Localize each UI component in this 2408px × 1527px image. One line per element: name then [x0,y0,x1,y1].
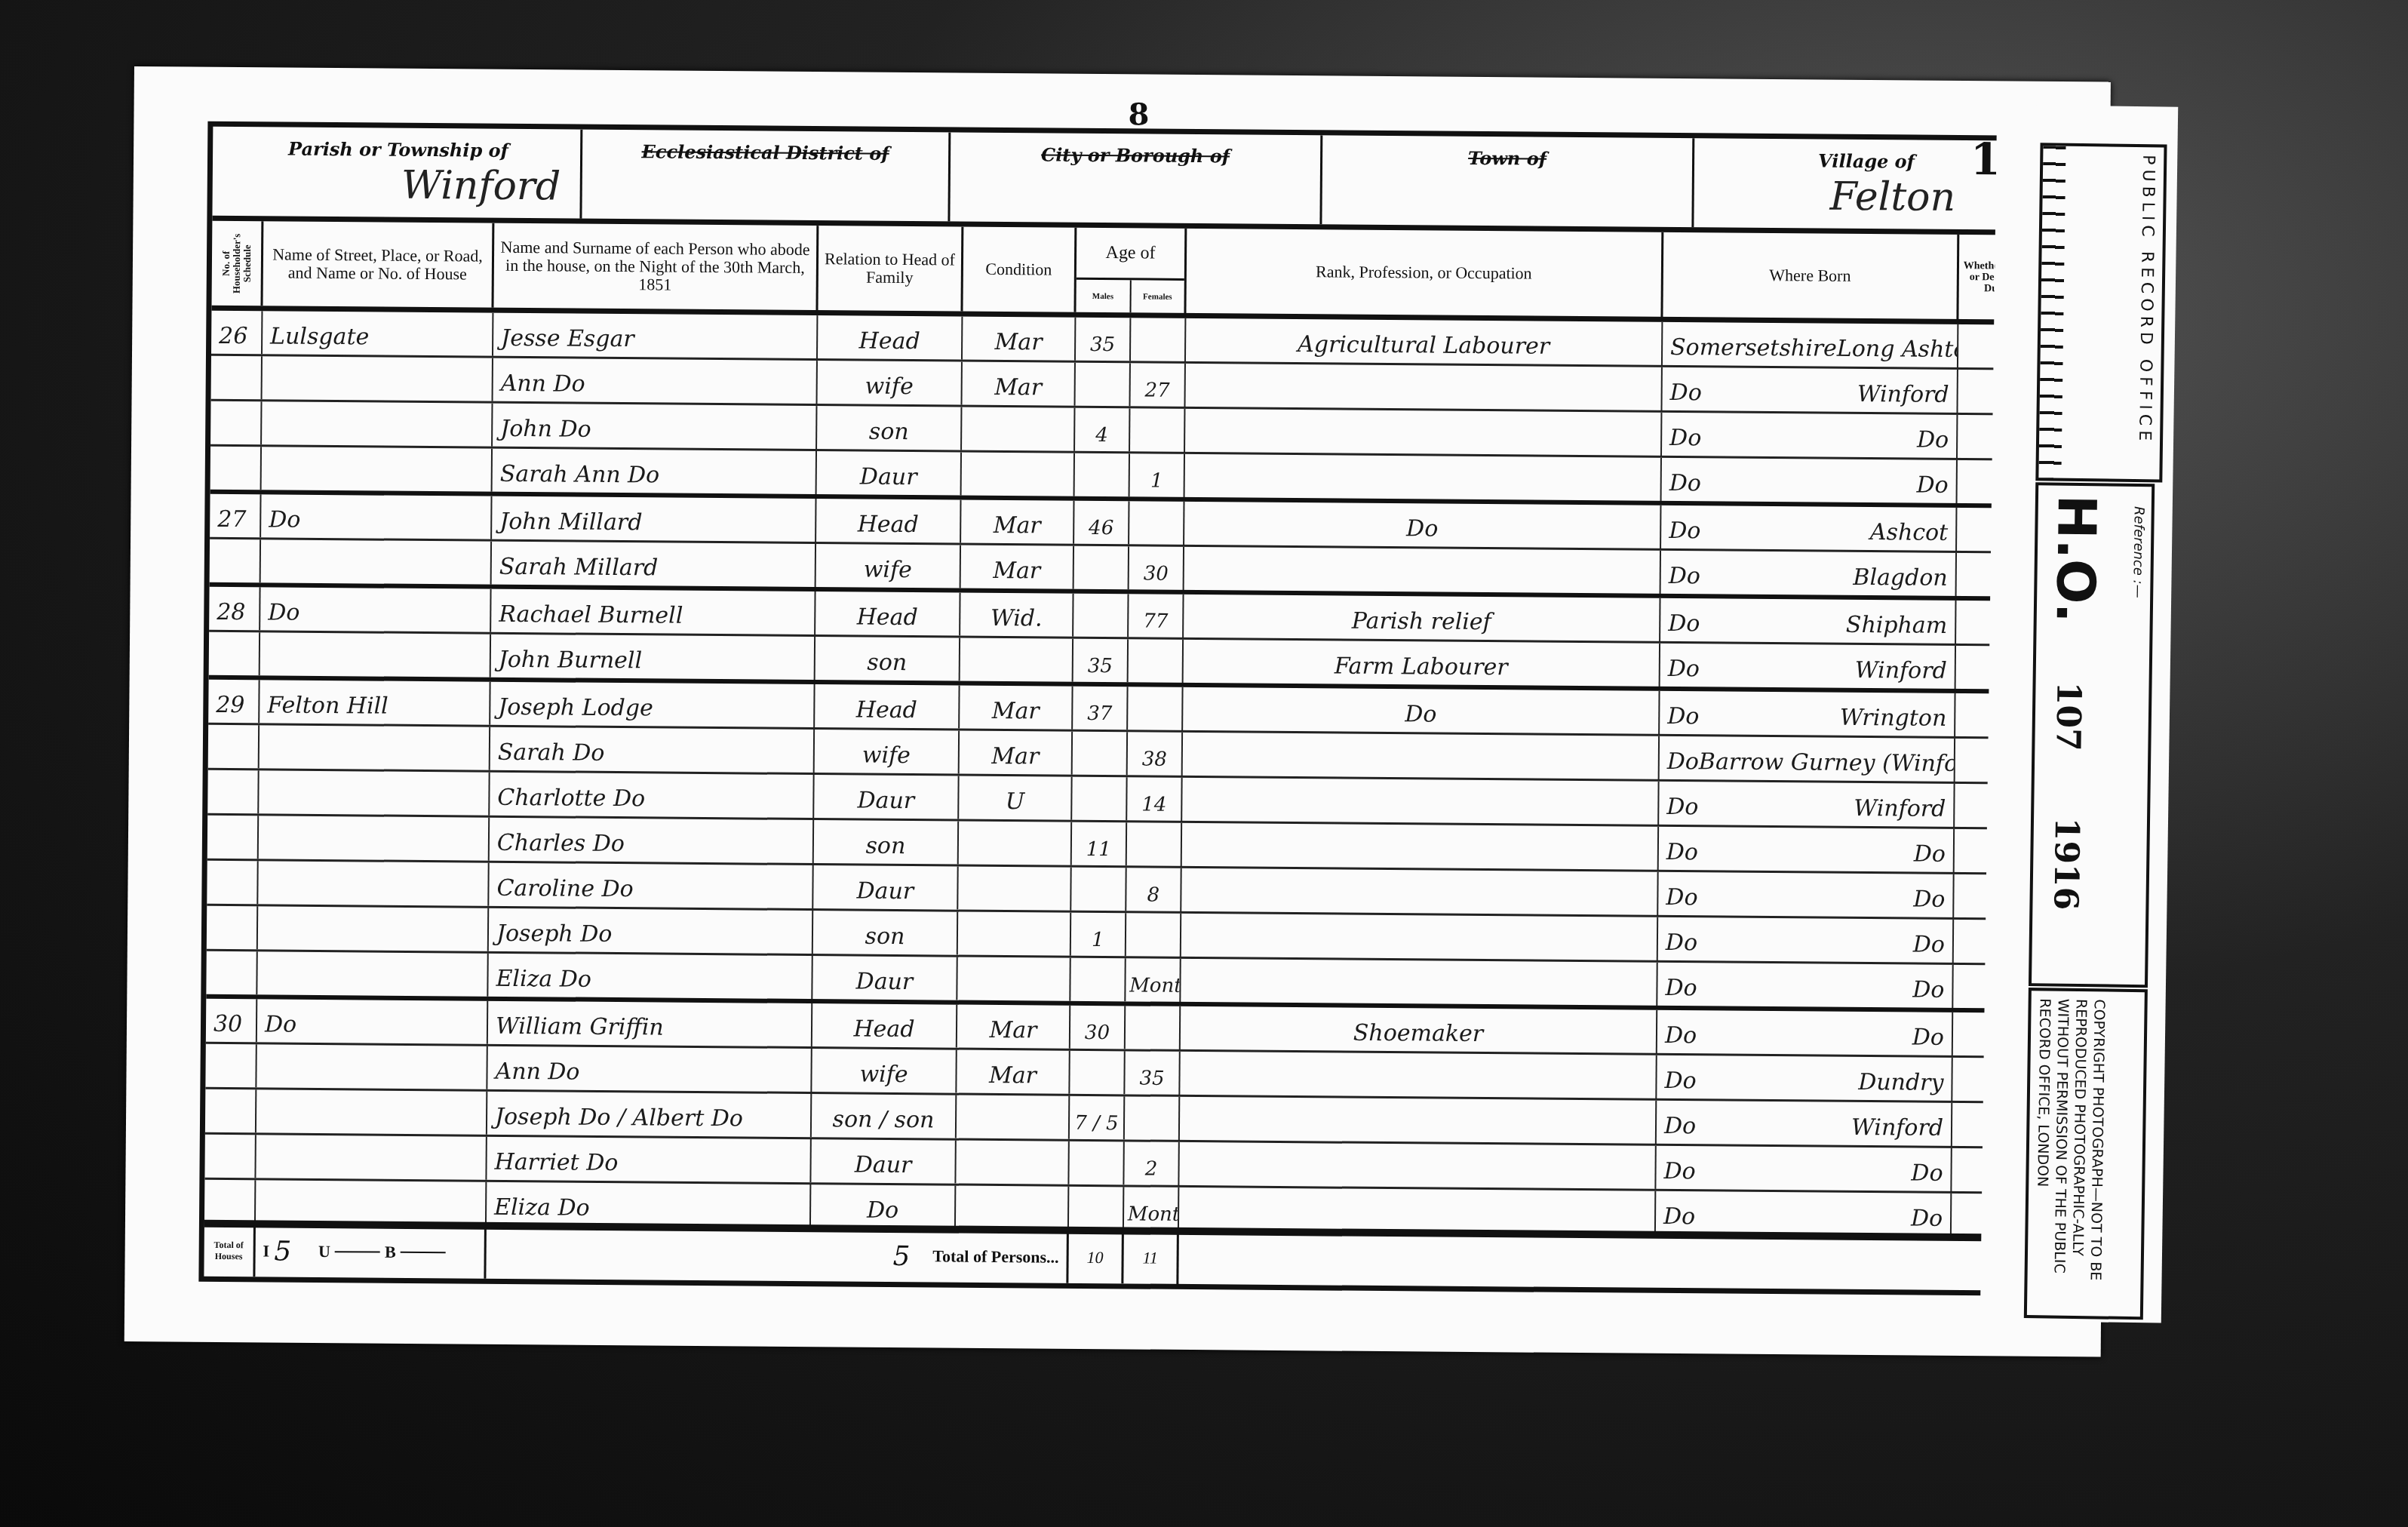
cell-relation: Head [816,499,961,543]
cell-street [256,1135,487,1179]
cell-where-born: DoDo [1658,872,1954,917]
cell-relation: son [813,911,958,955]
village-label: Village of [1694,149,2038,174]
cell-condition [957,1095,1070,1139]
cell-street [262,447,493,491]
cell-male-age [1076,363,1131,407]
cell-where-born: DoDo [1657,1010,1953,1055]
cell-male-age: 7 / 5 [1070,1096,1125,1140]
cell-occupation [1181,868,1658,915]
uninhabited-blank [335,1251,380,1252]
cell-where-born: DoDo [1656,1146,1952,1191]
cell-street [261,539,492,584]
born-place: Winford [1855,657,1947,684]
col-street-label: Name of Street, Place, or Road, and Name… [266,245,489,283]
cell-where-born: DoDundry [1657,1055,1952,1101]
cell-female-age [1126,1006,1181,1049]
born-county: Do [1665,1022,1697,1049]
cell-street [258,861,489,905]
location-header: Parish or Township of Winford Ecclesiast… [212,127,2038,235]
cell-male-age [1069,1187,1124,1231]
reference-folio: 1916 [2046,817,2086,910]
cell-occupation [1181,959,1657,1006]
col-schedule: No. of Householder's Schedule [212,221,264,306]
uninhabited-prefix: U [318,1242,330,1261]
born-place: Blagdon [1853,564,1948,591]
cell-name: Charlotte Do [490,773,814,818]
cell-where-born: DoWinford [1657,1101,1952,1146]
cell-where-born: SomersetshireLong Ashton [1663,322,1958,367]
col-age-label: Age of [1077,228,1185,281]
col-females-label: Females [1131,280,1184,313]
totals-blank [1178,1233,2029,1291]
cell-name: John Do [493,404,817,449]
cell-occupation: Do [1184,502,1661,548]
cell-street [260,725,490,770]
schedules-mark: 5 [892,1240,910,1271]
born-place: Winford [1851,1114,1943,1141]
col-name: Name and Surname of each Person who abod… [494,223,819,310]
cell-occupation: Parish relief [1184,595,1660,641]
born-place: Do [1917,427,1949,453]
cell-male-age [1074,546,1129,590]
born-county: Do [1669,470,1701,496]
cell-condition: Wid. [960,593,1073,637]
cell-occupation: Agricultural Labourer [1186,318,1663,365]
cell-where-born: DoDo [1662,413,1958,458]
born-county: Do [1669,563,1700,589]
cell-schedule [210,539,261,583]
cell-where-born: DoDo [1658,917,1954,963]
col-street: Name of Street, Place, or Road, and Name… [263,221,495,307]
col-where-born: Where Born [1663,232,1959,319]
cell-condition: Mar [961,545,1074,589]
column-headers: No. of Householder's Schedule Name of St… [211,221,2038,325]
cell-condition: Mar [963,317,1076,361]
cell-male-age: 4 [1075,408,1130,452]
col-occupation-label: Rank, Profession, or Occupation [1316,263,1532,282]
cell-female-age [1128,687,1183,730]
cell-relation: Head [815,684,960,729]
reference-class: H.O. [2044,494,2108,623]
ecclesiastical-cell: Ecclesiastical District of [582,130,951,222]
born-county: Do [1664,1068,1696,1094]
born-county: Do [1669,518,1700,544]
cell-female-age: 77 [1129,594,1184,638]
cell-schedule: 30 [206,999,257,1043]
cell-relation: son [815,637,960,681]
col-name-label: Name and Surname of each Person who abod… [497,238,814,295]
cell-schedule [207,861,258,905]
born-place: Wrington [1840,705,1947,732]
reference-label: Reference :— [2130,506,2147,598]
cell-female-age [1127,822,1182,866]
cell-occupation: Farm Labourer [1184,640,1660,687]
cell-street [257,951,488,996]
cell-street [256,1089,487,1134]
cell-name: Charles Do [490,818,814,863]
cell-where-born: DoDo [1657,963,1953,1008]
born-place: Long Ashton [1837,336,1959,364]
cell-relation: son / son [812,1094,957,1138]
cell-name: Rachael Burnell [491,589,815,634]
cell-relation: wife [815,730,960,774]
cell-street [262,401,493,446]
cell-where-born: DoWinford [1659,782,1955,827]
cell-condition: Mar [960,686,1073,730]
born-county: Do [1667,748,1699,775]
cell-where-born: DoDo [1662,458,1958,503]
reference-piece: 107 [2048,681,2087,751]
cell-street [258,906,489,951]
cell-relation: son [814,820,959,865]
total-persons-label: Total of Persons... [932,1246,1058,1267]
col-condition-label: Condition [985,260,1052,279]
cell-relation: Daur [814,775,959,819]
cell-condition [959,822,1072,865]
cell-relation: wife [816,544,961,588]
cell-occupation [1180,1097,1657,1144]
cell-name: Eliza Do [487,1182,811,1227]
born-place: Barrow Gurney (Winford struck) [1699,748,1955,778]
cell-male-age: 37 [1073,687,1128,730]
ruler-ticks [2038,146,2066,478]
cell-schedule [204,1135,256,1178]
cell-male-age: 1 [1071,913,1126,957]
cell-street: Do [257,999,488,1043]
city-label: City or Borough of [951,143,1320,168]
cell-condition [956,1186,1069,1230]
cell-occupation: Shoemaker [1181,1006,1657,1053]
cell-female-age: 27 [1131,363,1186,407]
cell-schedule [208,725,260,769]
cell-female-age [1130,408,1185,452]
born-county: Do [1668,656,1700,682]
cell-name: Joseph Lodge [490,682,815,727]
cell-name: Sarah Ann Do [493,449,817,494]
parish-cell: Parish or Township of Winford [212,127,582,219]
cell-condition: Mar [961,500,1074,544]
cell-condition [960,638,1073,682]
cell-female-age: 30 [1129,546,1184,590]
cell-schedule [207,816,259,859]
village-value: Felton [1829,174,1955,220]
cell-relation: son [817,406,962,450]
town-cell: Town of [1322,135,1694,227]
cell-where-born: DoBlagdon [1661,551,1957,596]
houses-counts: I 5 U B [255,1225,487,1278]
cell-relation: Do [811,1184,956,1229]
cell-condition [958,912,1071,956]
cell-street [260,632,491,677]
born-place: Do [1911,1160,1943,1187]
born-place: Ashcot [1870,519,1949,546]
cell-male-age: 46 [1074,501,1129,545]
cell-female-age [1131,318,1186,361]
cell-schedule: 27 [210,494,261,538]
born-place: Shipham [1846,612,1948,639]
cell-female-age [1126,913,1181,957]
cell-condition [962,407,1075,451]
cell-male-age [1075,453,1130,497]
building-prefix: B [385,1243,396,1262]
cell-schedule: 29 [208,680,260,724]
parish-value: Winford [401,163,561,210]
cell-female-age: 8 [1126,868,1181,911]
cell-where-born: DoShipham [1660,598,1956,644]
cell-female-age: 1 [1130,453,1185,497]
census-rows: 26LulsgateJesse EsgarHeadMar35Agricultur… [204,311,2037,1242]
cell-condition [962,453,1075,496]
cell-condition [956,1141,1069,1184]
cell-relation: wife [812,1049,957,1093]
cell-condition: Mar [963,362,1076,406]
males-total: 10 [1068,1232,1124,1284]
females-total: 11 [1123,1232,1179,1284]
cell-name: Harriet Do [487,1137,811,1182]
cell-occupation: Do [1183,687,1660,734]
building-blank [401,1252,446,1253]
cell-name: William Griffin [488,1001,812,1046]
cell-female-age: 1 Month [1126,958,1181,1002]
cell-name: Caroline Do [489,863,813,908]
cell-male-age [1069,1141,1124,1185]
col-condition: Condition [963,227,1077,312]
cell-relation: Head [815,591,960,636]
cell-schedule: 26 [211,311,263,355]
cell-occupation [1179,1187,1656,1234]
cell-street [256,1044,487,1089]
born-county: Somersetshire [1670,334,1837,362]
cell-name: John Burnell [491,634,815,680]
cell-schedule [205,1044,256,1088]
born-place: Do [1912,1025,1944,1051]
cell-occupation [1186,364,1663,410]
cell-name: Eliza Do [488,954,812,999]
census-page: 8 112 Parish or Township of Winford Eccl… [124,66,2111,1357]
cell-male-age: 35 [1076,318,1131,361]
village-cell: Village of Felton [1694,138,2038,230]
cell-name: Ann Do [487,1046,812,1092]
cell-occupation [1180,1052,1657,1098]
born-county: Do [1666,929,1697,956]
born-county: Do [1666,794,1698,820]
ruler-title: PUBLIC RECORD OFFICE [2135,155,2158,445]
cell-occupation [1182,823,1659,870]
cell-condition: Mar [957,1005,1070,1049]
col-relation: Relation to Head of Family [818,226,963,312]
born-place: Winford [1854,795,1946,822]
cell-street: Felton Hill [260,680,490,724]
cell-male-age [1072,777,1127,821]
cell-occupation [1184,547,1661,594]
born-county: Do [1669,425,1701,451]
persons-total-cell: 5 Total of Persons... [486,1227,1069,1283]
cell-condition: Mar [960,731,1073,775]
cell-female-age [1129,501,1184,545]
born-county: Do [1663,1203,1695,1230]
cell-condition [957,957,1070,1001]
cell-female-age [1129,639,1184,683]
cell-name: Sarah Millard [492,542,816,587]
cell-schedule [207,770,259,814]
parish-label: Parish or Township of [213,137,580,162]
cell-schedule [207,906,258,950]
cell-schedule [210,447,262,490]
born-place: Do [1912,977,1944,1003]
cell-where-born: DoDo [1659,827,1955,872]
born-place: Do [1916,472,1948,499]
cell-male-age [1071,868,1126,911]
born-county: Do [1666,839,1698,865]
col-males-label: Males [1076,280,1131,313]
cell-relation: Daur [817,451,962,496]
cell-where-born: DoWinford [1660,644,1956,689]
cell-schedule [204,1180,256,1224]
cell-female-age [1125,1096,1180,1140]
cell-name: John Millard [492,496,816,542]
cell-male-age [1070,1051,1125,1095]
cell-male-age [1073,732,1128,776]
reference-box: Reference :— H.O. 107 1916 [2029,482,2155,988]
cell-name: Joseph Do [489,908,813,954]
born-place: Do [1911,1206,1943,1232]
cell-male-age: 11 [1072,822,1127,866]
col-age: Age of MalesFemales [1076,228,1187,313]
town-label: Town of [1322,146,1692,171]
page-number: 8 [1128,97,1149,132]
cell-male-age [1073,594,1129,638]
cell-occupation [1181,914,1658,960]
archive-label-strip: PUBLIC RECORD OFFICE Reference :— H.O. 1… [1980,104,2178,1323]
cell-female-age: 35 [1125,1051,1180,1095]
cell-male-age [1070,958,1126,1002]
city-cell: City or Borough of [950,133,1322,225]
cell-female-age: 14 [1127,777,1182,821]
cell-street [259,816,490,860]
ecclesiastical-label: Ecclesiastical District of [582,140,948,165]
cell-relation: Head [818,315,963,360]
cell-where-born: DoBarrow Gurney (Winford struck) [1660,736,1955,782]
total-houses-label: Total of Houses [204,1225,256,1277]
born-county: Do [1663,1158,1695,1184]
col-where-born-label: Where Born [1769,266,1851,285]
cell-name: Ann Do [493,358,818,404]
col-relation-label: Relation to Head of Family [822,250,958,287]
born-place: Winford [1857,381,1949,408]
cell-schedule [205,1089,256,1133]
born-county: Do [1668,610,1700,637]
cell-schedule: 28 [209,587,260,631]
cell-female-age: 38 [1128,732,1183,776]
scale-ruler: PUBLIC RECORD OFFICE [2035,143,2167,482]
inhabited-count: 5 [274,1236,291,1267]
cell-schedule [209,632,260,676]
born-county: Do [1670,379,1702,406]
cell-name: Jesse Esgar [493,313,818,358]
cell-occupation [1179,1142,1656,1189]
born-place: Do [1913,886,1945,913]
born-county: Do [1665,975,1697,1001]
cell-occupation [1182,778,1659,825]
cell-schedule [210,401,262,445]
cell-occupation [1183,733,1660,779]
cell-name: Sarah Do [490,727,815,773]
cell-street: Do [260,587,491,631]
col-schedule-label: No. of Householder's Schedule [220,221,253,306]
cell-where-born: DoWinford [1662,367,1958,413]
cell-schedule [206,951,257,995]
cell-name: Joseph Do / Albert Do [487,1092,812,1137]
born-county: Do [1664,1113,1696,1139]
cell-street: Lulsgate [263,311,493,355]
cell-relation: Head [812,1003,957,1048]
copyright-notice: COPYRIGHT PHOTOGRAPH—NOT TO BE REPRODUCE… [2032,998,2109,1316]
born-place: Do [1914,841,1946,868]
born-place: Dundry [1858,1069,1943,1096]
born-county: Do [1667,703,1699,730]
cell-female-age: 1 Month [1124,1187,1179,1231]
cell-occupation [1185,454,1662,501]
cell-where-born: DoDo [1656,1191,1952,1237]
cell-relation: Daur [812,956,957,1000]
cell-condition: U [959,776,1072,820]
cell-street: Do [261,494,492,539]
cell-relation: Daur [811,1139,956,1184]
cell-street [259,770,490,815]
cell-schedule [211,356,263,400]
cell-street [256,1180,487,1224]
born-county: Do [1666,884,1697,911]
cell-male-age: 35 [1073,639,1129,683]
cell-relation: wife [818,361,963,405]
cell-male-age: 30 [1070,1006,1126,1049]
cell-where-born: DoWrington [1660,691,1955,736]
cell-occupation [1185,409,1662,456]
cell-condition [958,867,1071,911]
col-occupation: Rank, Profession, or Occupation [1186,229,1663,317]
census-form: Parish or Township of Winford Ecclesiast… [198,121,2044,1296]
cell-condition: Mar [957,1050,1070,1094]
cell-relation: Daur [813,865,958,910]
cell-street [263,356,493,401]
cell-where-born: DoAshcot [1661,505,1957,551]
cell-female-age: 2 [1124,1141,1179,1185]
copyright-box: COPYRIGHT PHOTOGRAPH—NOT TO BE REPRODUCE… [2024,988,2148,1320]
inhabited-prefix: I [263,1241,270,1261]
born-place: Do [1913,932,1945,958]
